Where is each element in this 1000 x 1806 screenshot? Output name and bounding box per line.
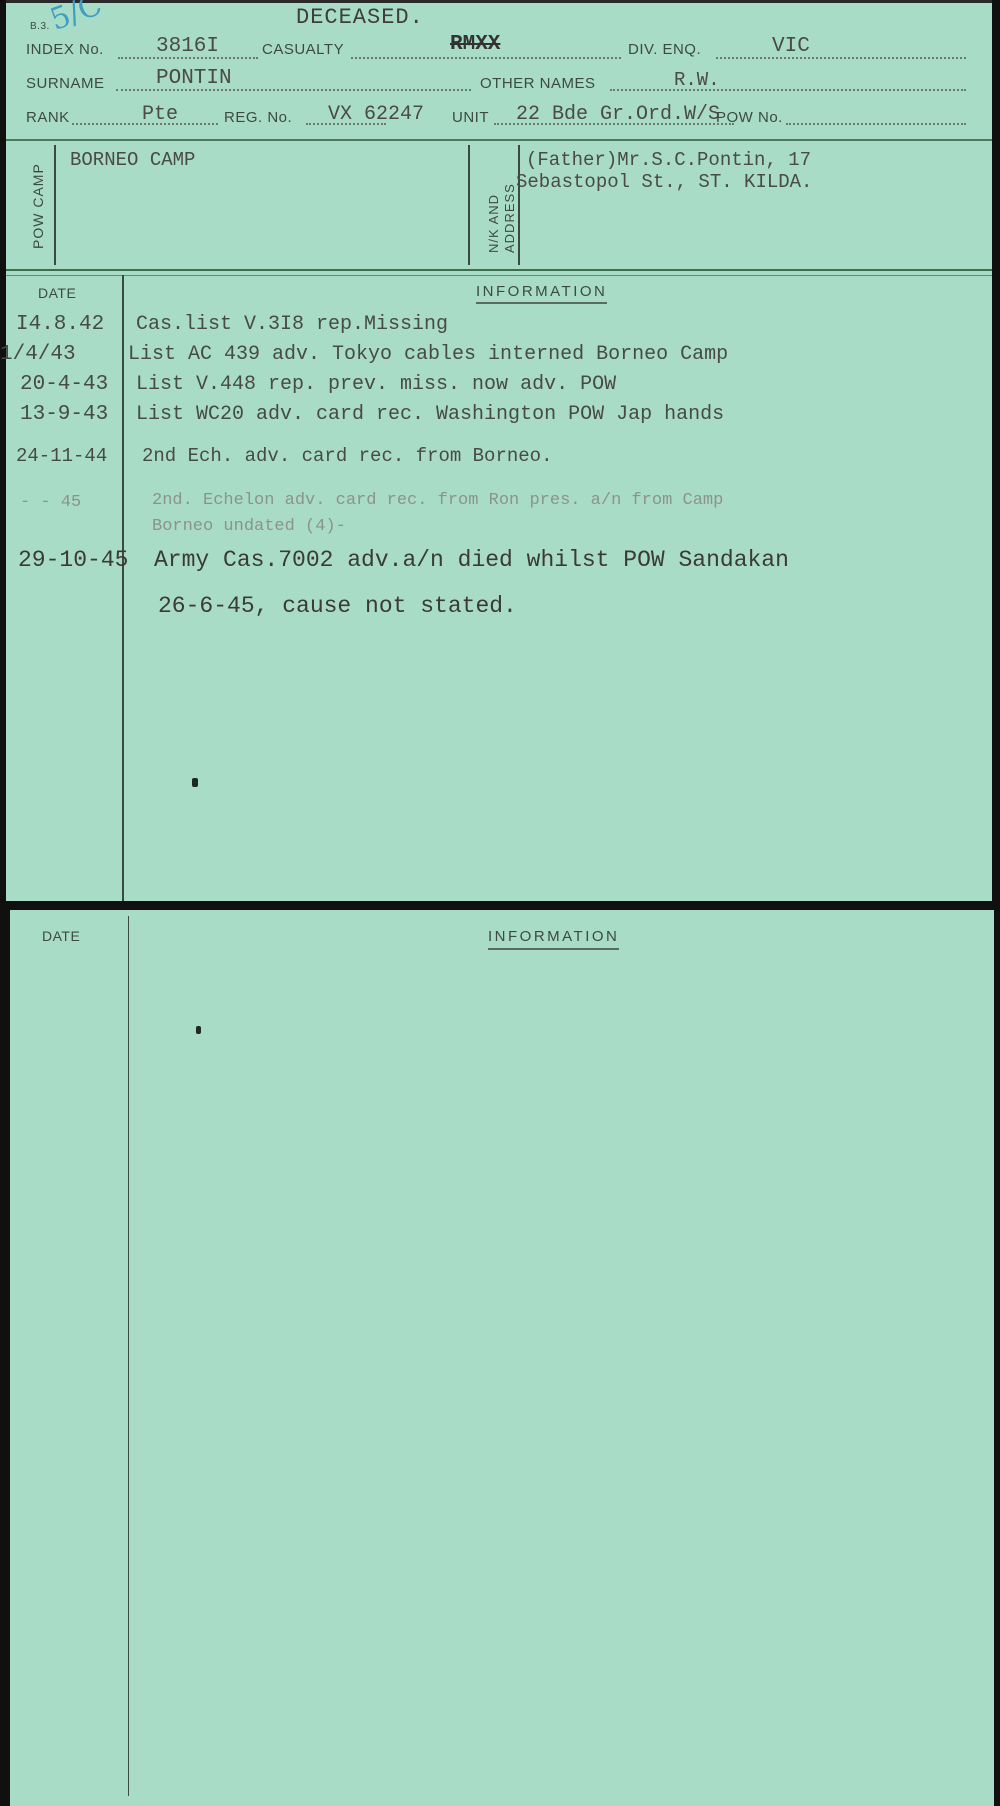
casualty-dotline xyxy=(351,57,621,59)
back-date-column-divider xyxy=(128,916,129,1796)
nok-label-line1: N/K AND xyxy=(486,194,501,253)
nok-value-line2: Sebastopol St., ST. KILDA. xyxy=(516,171,812,193)
entry-text: List V.448 rep. prev. miss. now adv. POW xyxy=(136,373,616,396)
handwritten-annotation: 5/C xyxy=(46,0,107,38)
casualty-value: RMXX xyxy=(450,33,500,56)
pow-no-dotline xyxy=(786,123,966,125)
other-names-dotline xyxy=(610,89,966,91)
back-date-column-header: DATE xyxy=(42,928,80,944)
surname-label: SURNAME xyxy=(26,75,105,92)
section-divider-2 xyxy=(6,275,992,276)
entry-text: Army Cas.7002 adv.a/n died whilst POW Sa… xyxy=(154,547,789,573)
entry-date: 20-4-43 xyxy=(20,373,108,396)
information-column-header: INFORMATION xyxy=(476,283,607,304)
nok-left-divider xyxy=(468,145,470,265)
ink-speck xyxy=(196,1026,201,1034)
pow-no-label: POW No. xyxy=(716,109,783,126)
div-enq-value: VIC xyxy=(772,35,810,58)
div-enq-label: DIV. ENQ. xyxy=(628,41,701,58)
section-divider-1 xyxy=(6,269,992,271)
header-divider xyxy=(6,139,992,141)
rank-label: RANK xyxy=(26,109,70,126)
other-names-value: R.W. xyxy=(674,69,720,91)
back-information-column-header: INFORMATION xyxy=(488,928,619,950)
other-names-label: OTHER NAMES xyxy=(480,75,596,92)
entry-text-continued: 26-6-45, cause not stated. xyxy=(158,593,517,619)
entry-date: 29-10-45 xyxy=(18,547,128,573)
entry-date: - - 45 xyxy=(20,493,81,512)
entry-date: I4.8.42 xyxy=(16,313,104,336)
reg-no-value: VX 62247 xyxy=(328,103,424,126)
date-column-divider xyxy=(122,275,124,901)
entry-date: 13-9-43 xyxy=(20,403,108,426)
pow-camp-divider xyxy=(54,145,56,265)
unit-label: UNIT xyxy=(452,109,489,126)
entry-text: List WC20 adv. card rec. Washington POW … xyxy=(136,403,724,426)
nok-right-divider xyxy=(518,145,520,265)
pow-camp-value: BORNEO CAMP xyxy=(70,149,195,171)
index-no-value: 3816I xyxy=(156,35,219,58)
date-column-header: DATE xyxy=(38,285,76,301)
casualty-label: CASUALTY xyxy=(262,41,344,58)
reg-no-label: REG. No. xyxy=(224,109,292,126)
nok-value-line1: (Father)Mr.S.C.Pontin, 17 xyxy=(526,149,811,171)
entry-text: Cas.list V.3I8 rep.Missing xyxy=(136,313,448,336)
surname-value: PONTIN xyxy=(156,67,232,90)
entry-text: 2nd Ech. adv. card rec. from Borneo. xyxy=(142,445,552,467)
entry-date: 24-11-44 xyxy=(16,445,107,467)
ink-speck xyxy=(192,778,198,787)
div-enq-dotline xyxy=(716,57,966,59)
deceased-stamp: DECEASED. xyxy=(296,5,424,30)
record-card-front: B.3. 5/C DECEASED. INDEX No. 3816I CASUA… xyxy=(6,0,992,901)
entry-text: 2nd. Echelon adv. card rec. from Ron pre… xyxy=(152,491,723,510)
entry-date: 1/4/43 xyxy=(0,343,76,366)
index-no-label: INDEX No. xyxy=(26,41,104,58)
entry-text-continued: Borneo undated (4)- xyxy=(152,517,346,536)
pow-camp-label: POW CAMP xyxy=(30,163,46,249)
entry-text: List AC 439 adv. Tokyo cables interned B… xyxy=(128,343,728,366)
rank-value: Pte xyxy=(142,103,178,126)
form-code: B.3. xyxy=(30,21,50,32)
unit-value: 22 Bde Gr.Ord.W/S xyxy=(516,103,720,126)
record-card-back: DATE INFORMATION xyxy=(10,910,994,1806)
nok-label-line2: ADDRESS xyxy=(502,183,517,253)
